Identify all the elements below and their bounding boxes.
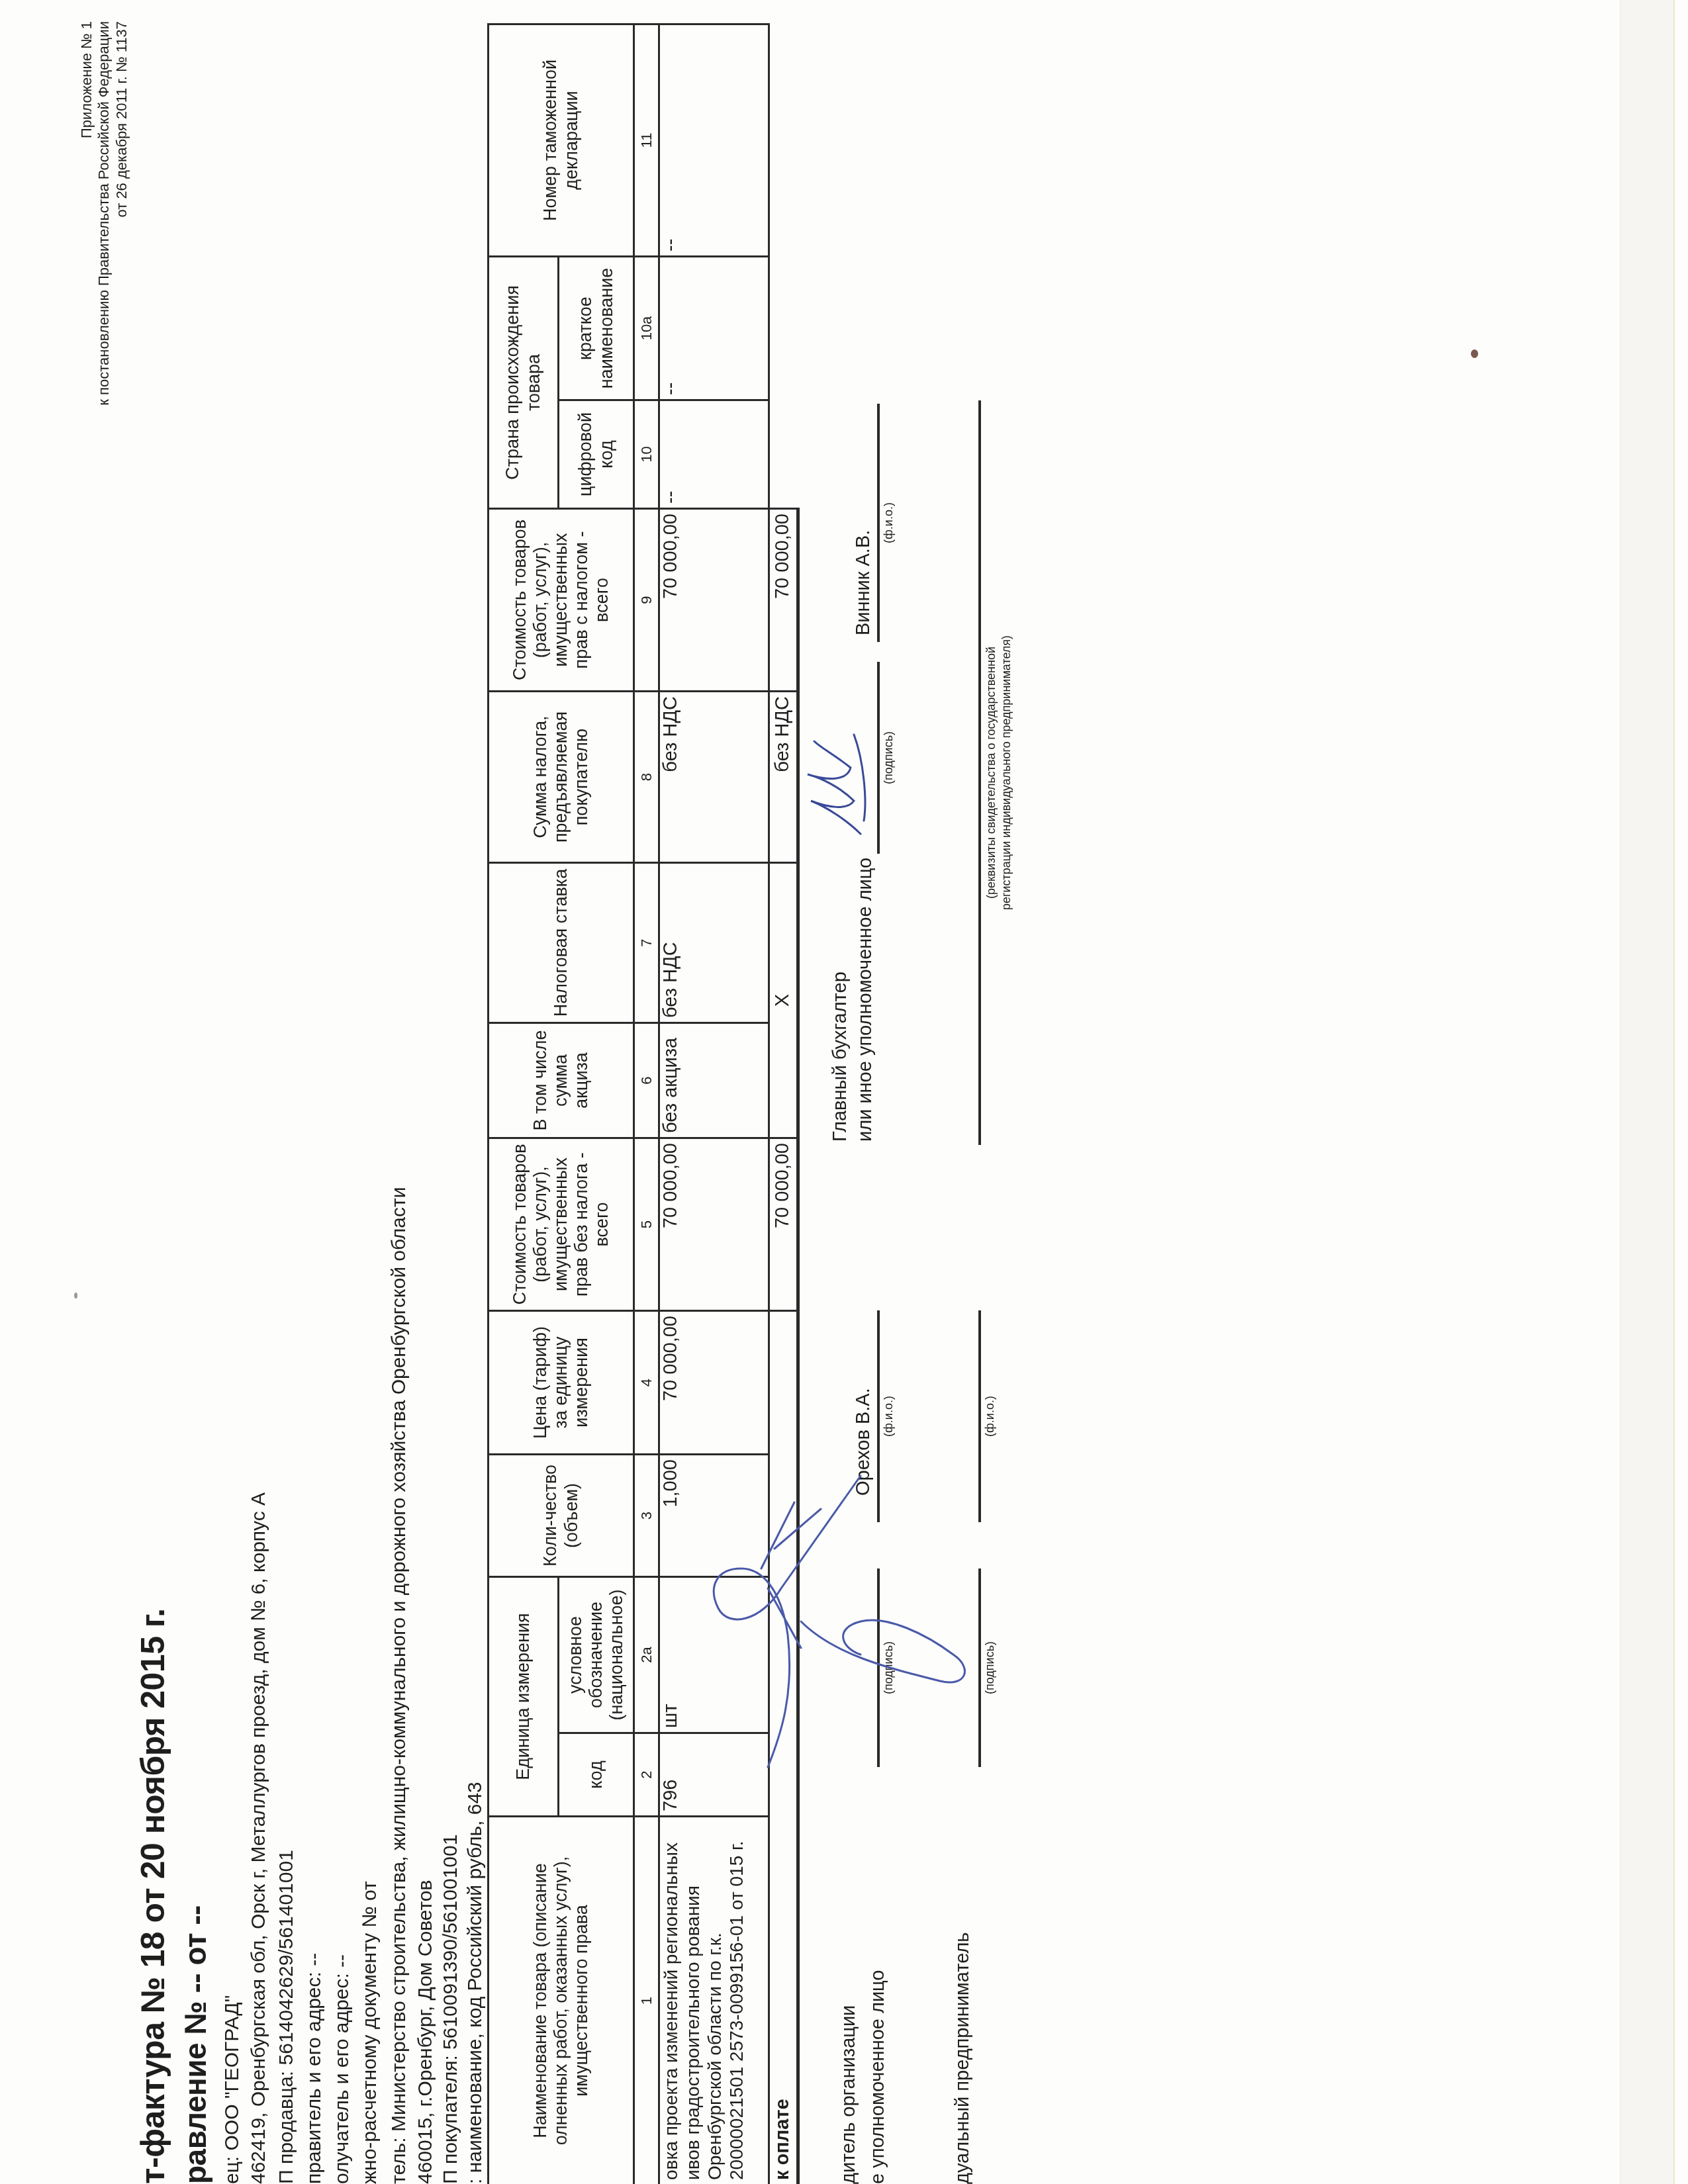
accountant-name: Винник А.В. [854, 530, 873, 635]
appendix-line-2: к постановлению Правительства Российской… [95, 21, 113, 406]
totals-empty [769, 24, 798, 509]
buyer-inn-kpp: П покупателя: 5610091390/561001001 [441, 1835, 461, 2184]
header-unit-symbol: условное обозначение (национальное) [559, 1577, 634, 1733]
colnum: 10 [634, 400, 659, 509]
colnum: 1 [634, 1817, 659, 2184]
header-price: Цена (тариф) за единицу измерения [489, 1311, 634, 1455]
header-unit-group: Единица измерения [489, 1577, 559, 1817]
accountant-handwritten-signature [801, 728, 874, 841]
currency: : наименование, код Российский рубль, 64… [465, 1782, 485, 2184]
header-excise: В том числе сумма акциза [489, 1023, 634, 1138]
column-number-row: 1 2 2а 3 4 5 6 7 8 9 10 10а 11 [634, 24, 659, 2184]
cell-cost-with-tax: 70 000,00 [659, 509, 769, 692]
cell-price: 70 000,00 [659, 1311, 769, 1455]
colnum: 6 [634, 1023, 659, 1138]
colnum: 11 [634, 24, 659, 257]
totals-tax-sum: без НДС [769, 692, 798, 863]
cell-cost-no-tax: 70 000,00 [659, 1138, 769, 1311]
consignee: олучатель и его адрес: -- [332, 1954, 352, 2184]
cell-customs: -- [659, 24, 769, 257]
header-customs: Номер таможенной декларации [489, 24, 634, 257]
accountant-label-2: или иное уполномоченное лицо [856, 858, 875, 1142]
header-tax-rate: Налоговая ставка [489, 863, 634, 1023]
colnum: 4 [634, 1311, 659, 1455]
invoice-page: Приложение № 1 к постановлению Правитель… [0, 0, 1688, 2184]
head-handwritten-signature [688, 1456, 993, 1787]
totals-x-mark: X [769, 863, 798, 1138]
header-qty: Коли-чество (объем) [489, 1455, 634, 1577]
accountant-signature-line [877, 662, 880, 854]
head-label-2: е уполномоченное лицо [868, 1970, 888, 2184]
seller-name: ец: ООО "ГЕОГРАД" [222, 1995, 242, 2184]
cell-country-name: -- [659, 257, 769, 400]
header-row: Наименование товара (описание олненных р… [489, 24, 559, 2184]
colnum: 3 [634, 1455, 659, 1577]
payment-document: жно-расчетному документу № от [360, 1881, 380, 2184]
colnum: 2 [634, 1733, 659, 1817]
header-unit-code: код [559, 1733, 634, 1817]
ip-requisites-caption-1: (реквизиты свидетельства о государственн… [984, 400, 999, 1145]
colnum: 5 [634, 1138, 659, 1311]
consignor: правитель и его адрес: -- [305, 1953, 324, 2184]
buyer-name: тель: Министерство строительства, жилищн… [389, 1187, 409, 2184]
cell-tax-rate: без НДС [659, 863, 769, 1023]
header-country-code: цифровой код [559, 400, 634, 509]
accountant-label-1: Главный бухгалтер [831, 972, 850, 1142]
buyer-address: 460015, г.Оренбург, Дом Советов [416, 1880, 436, 2184]
cell-country-code: -- [659, 400, 769, 509]
totals-cost-no-tax: 70 000,00 [769, 1138, 798, 1311]
invoice-title: т-фактура № 18 от 20 ноября 2015 г. [136, 1608, 169, 2184]
ip-requisites-caption: (реквизиты свидетельства о государственн… [984, 400, 1013, 1145]
colnum: 10а [634, 257, 659, 400]
totals-cost-with-tax: 70 000,00 [769, 509, 798, 692]
colnum: 7 [634, 863, 659, 1023]
correction-title: равление № -- от -- [180, 1905, 211, 2184]
invoice-table: Наименование товара (описание олненных р… [487, 23, 800, 2184]
ip-label: дуальный предприниматель [953, 1933, 972, 2184]
header-cost-no-tax: Стоимость товаров (работ, услуг), имущес… [489, 1138, 634, 1311]
colnum: 8 [634, 692, 659, 863]
appendix-line-1: Приложение № 1 [78, 21, 95, 406]
header-cost-with-tax: Стоимость товаров (работ, услуг), имущес… [489, 509, 634, 692]
header-name: Наименование товара (описание олненных р… [489, 1817, 634, 2184]
appendix-line-3: от 26 декабря 2011 г. № 1137 [113, 21, 130, 406]
cell-tax-sum: без НДС [659, 692, 769, 863]
header-tax-sum: Сумма налога, предъявляемая покупателю [489, 692, 634, 863]
seller-address: 462419, Оренбургская обл, Орск г, Металл… [249, 1492, 269, 2184]
header-country-name: краткое наименование [559, 257, 634, 400]
accountant-fio-line [877, 404, 880, 642]
seller-inn-kpp: П продавца: 5614042629/561401001 [277, 1850, 297, 2184]
cell-excise: без акциза [659, 1023, 769, 1138]
totals-row: к оплате 70 000,00 X без НДС 70 000,00 [769, 24, 798, 2184]
ip-requisites-caption-2: регистрации индивидуального предпринимат… [999, 400, 1014, 1145]
appendix-note: Приложение № 1 к постановлению Правитель… [78, 21, 130, 406]
table-row: овка проекта изменений региональных ивов… [659, 24, 769, 2184]
accountant-signature-caption: (подпись) [882, 662, 896, 854]
cell-name: овка проекта изменений региональных ивов… [659, 1817, 769, 2184]
colnum: 2а [634, 1577, 659, 1733]
colnum: 9 [634, 509, 659, 692]
ip-requisites-line [978, 400, 981, 1145]
accountant-fio-caption: (ф.и.о.) [882, 404, 896, 642]
head-label-1: дитель организации [839, 2005, 859, 2184]
header-country-group: Страна происхождения товара [489, 257, 559, 509]
